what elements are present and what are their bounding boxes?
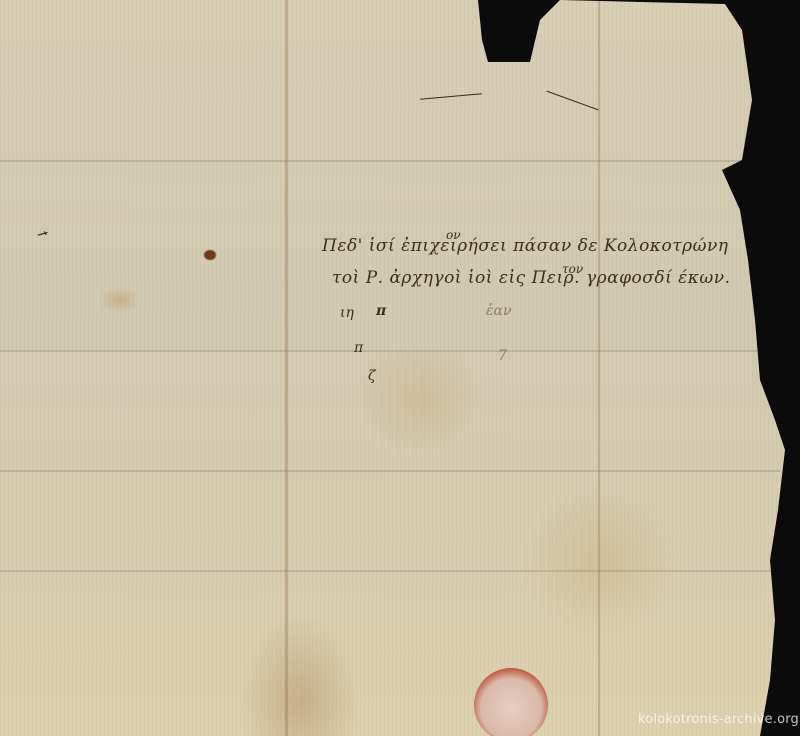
horizontal-fold <box>0 160 780 162</box>
marginal-note: 7 <box>498 348 507 364</box>
marginal-note: ιη <box>340 305 354 321</box>
horizontal-fold <box>0 350 780 352</box>
watermark: kolokotronis-archive.org <box>638 712 799 727</box>
horizontal-fold <box>0 570 780 572</box>
horizontal-fold <box>0 470 780 472</box>
vertical-fold <box>598 0 600 736</box>
vertical-fold <box>285 0 288 736</box>
text-line-2: τοὶ Ρ. ἀρχηγοὶ ἱοὶ εἰς Πειρ. γραφοσδί έκ… <box>332 268 731 288</box>
text-line-1: Πεδ' ἱσί ἐπιχειρήσει πάσαν δε Κολοκοτρών… <box>322 236 728 256</box>
marginal-note: ζ <box>368 368 376 384</box>
marginal-note: ἑαν <box>486 303 511 319</box>
marginal-note: π <box>376 303 386 319</box>
letter-paper <box>0 0 790 736</box>
wax-seal <box>474 668 548 736</box>
marginal-note: π <box>354 340 363 356</box>
